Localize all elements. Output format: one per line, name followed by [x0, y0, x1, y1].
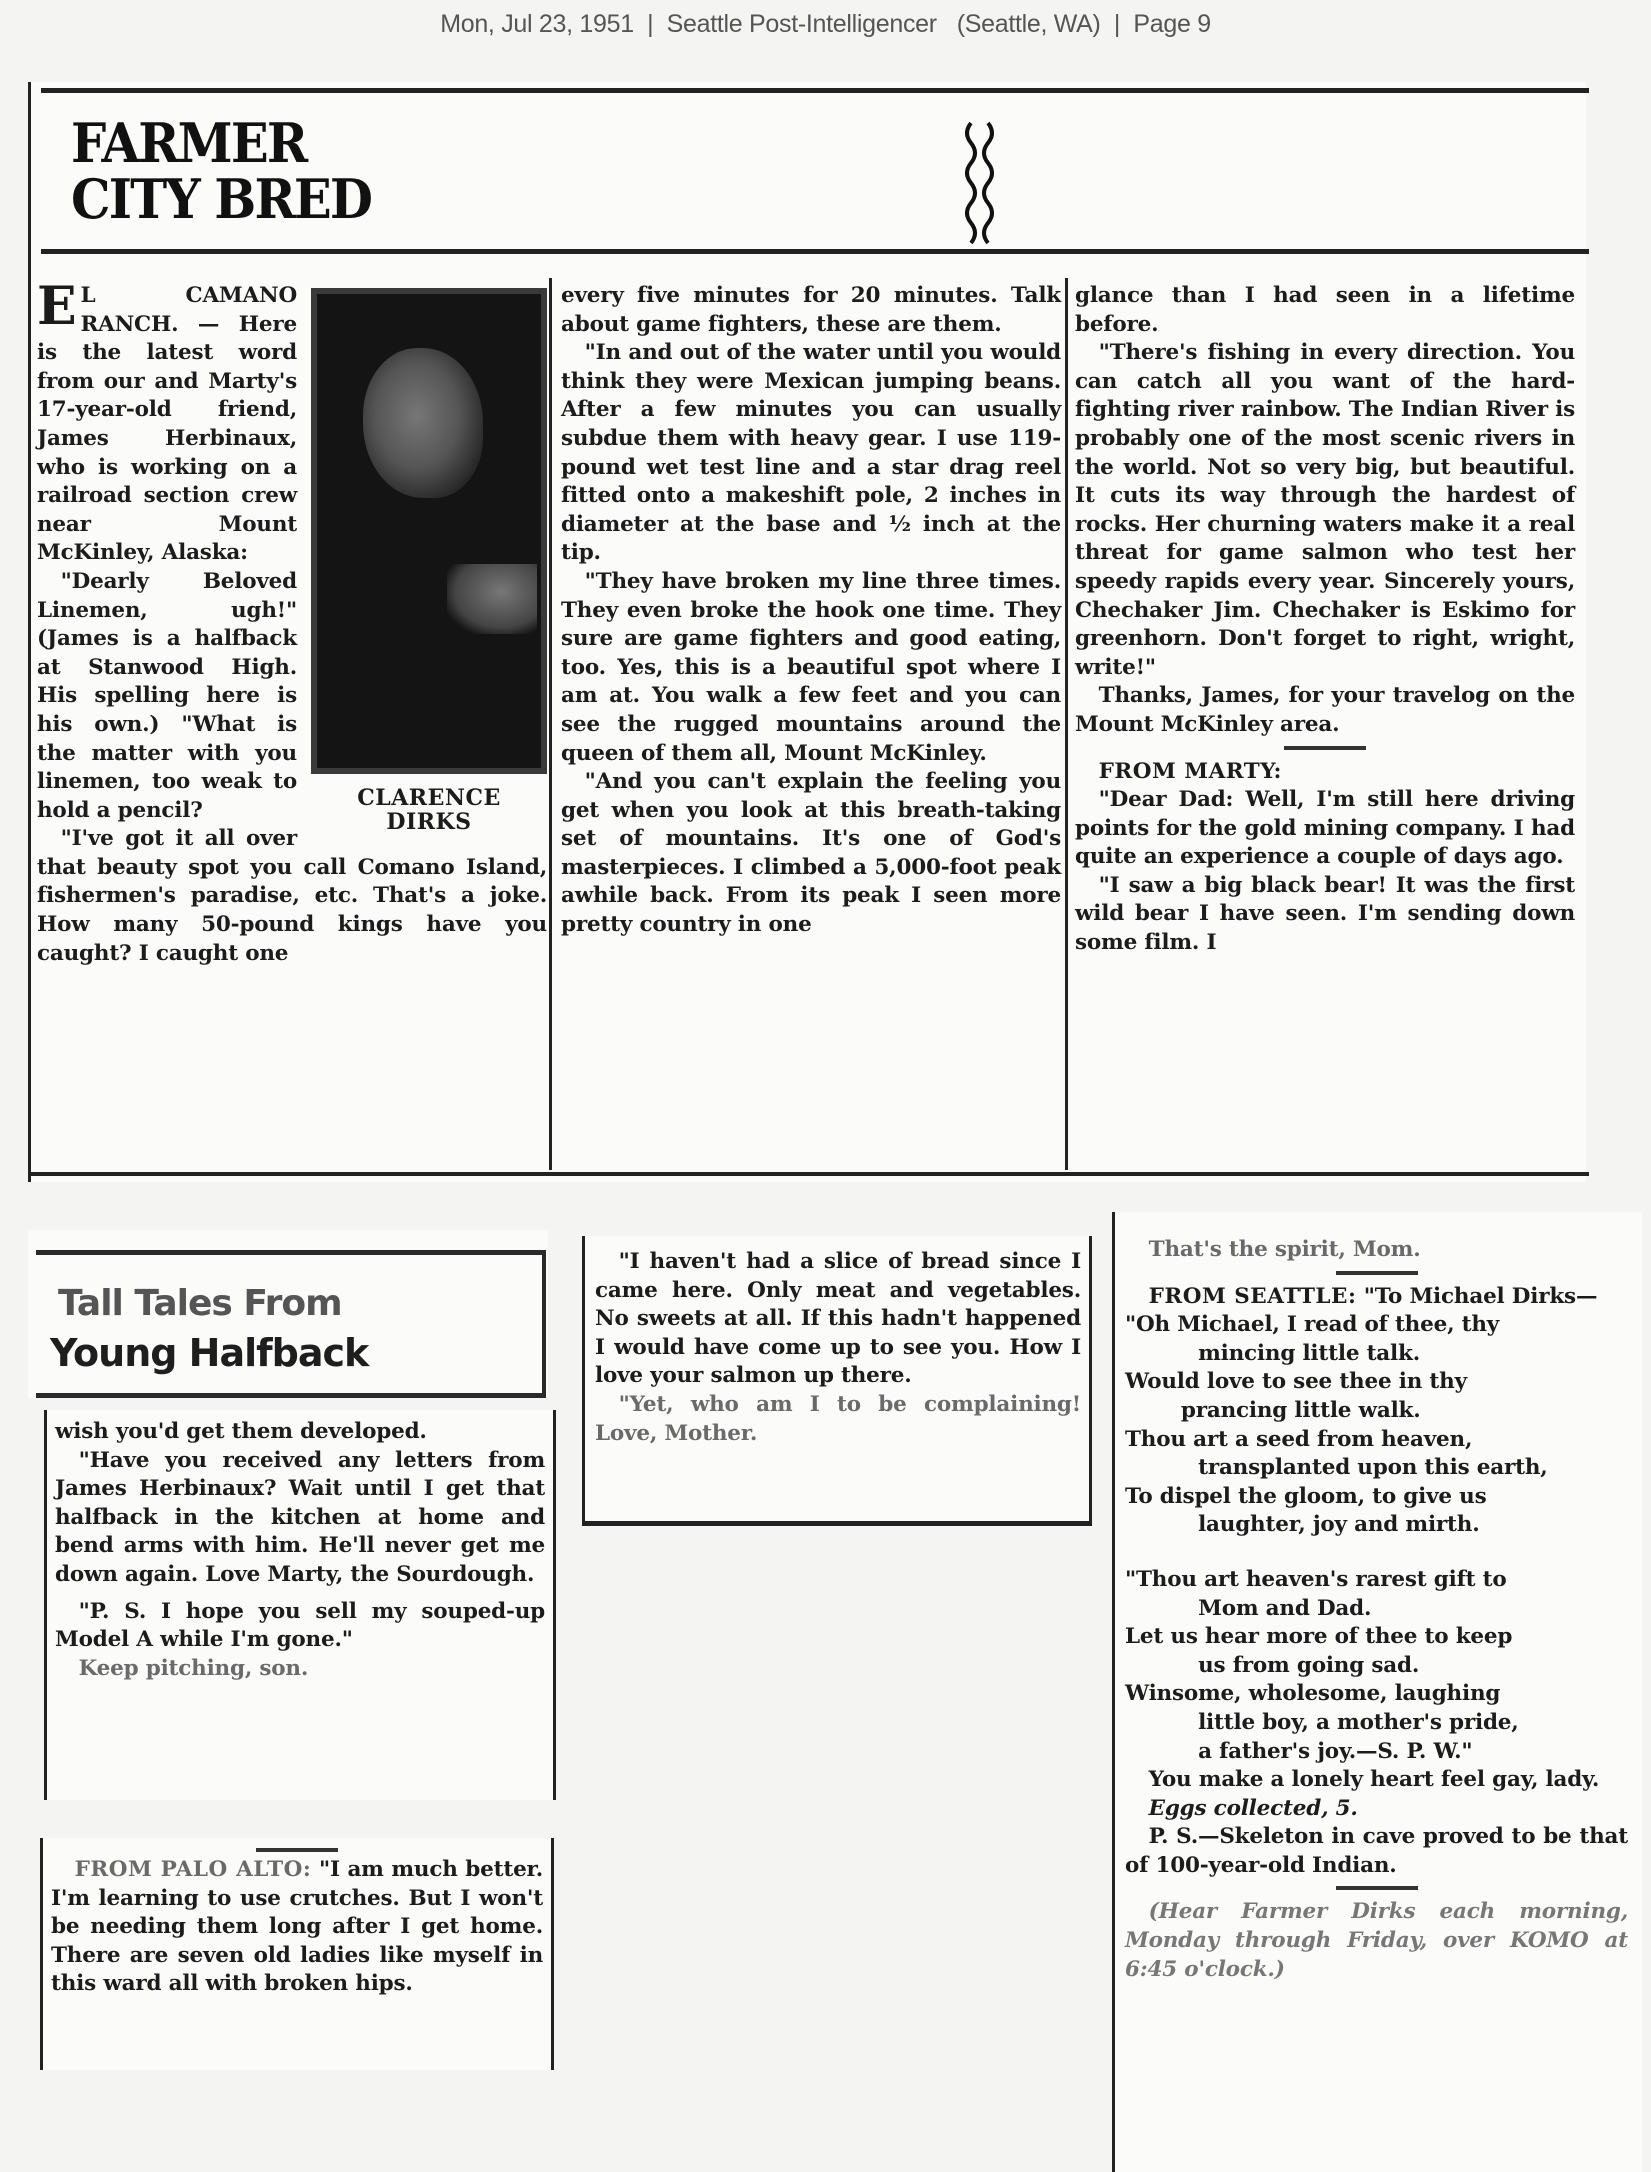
paragraph: glance than I had seen in a lifetime bef… [1075, 282, 1575, 339]
palo-alto-clipping: FROM PALO ALTO: "I am much better. I'm l… [40, 1838, 554, 2070]
portrait-photo [311, 288, 547, 774]
poem-line: "Oh Michael, I read of thee, thy [1125, 1311, 1628, 1340]
paragraph: "I saw a big black bear! It was the firs… [1075, 872, 1575, 958]
separator: | [647, 10, 653, 38]
portrait-photo-block: CLARENCE DIRKS [311, 288, 547, 834]
poem-line: Would love to see thee in thy [1125, 1368, 1628, 1397]
paragraph: "P. S. I hope you sell my souped-up Mode… [55, 1598, 545, 1655]
section-heading-from-palo-alto: FROM PALO ALTO: [75, 1857, 312, 1882]
poem-line-cont: laughter, joy and mirth. [1125, 1511, 1628, 1540]
mother-letter-clipping: "I haven't had a slice of bread since I … [582, 1236, 1092, 1526]
poem-line: To dispel the gloom, to give us [1125, 1483, 1628, 1512]
poem-line: "Thou art heaven's rarest gift to [1125, 1566, 1628, 1595]
article-column-3: glance than I had seen in a lifetime bef… [1075, 282, 1575, 958]
seattle-poem-clipping: That's the spirit, Mom. FROM SEATTLE: "T… [1112, 1212, 1642, 2172]
paragraph: That's the spirit, Mom. [1125, 1236, 1628, 1265]
headline-line2: Young Halfback [50, 1331, 368, 1375]
column-divider [549, 278, 552, 1170]
poem-line-cont: little boy, a mother's pride, [1125, 1709, 1628, 1738]
poem-line-cont: transplanted upon this earth, [1125, 1454, 1628, 1483]
poem-line-cont: mincing little talk. [1125, 1340, 1628, 1369]
citation-location: (Seattle, WA) [957, 10, 1101, 38]
bottom-rule [31, 1172, 1589, 1176]
citation-page: Page 9 [1133, 10, 1210, 38]
paragraph: Thanks, James, for your travelog on the … [1075, 682, 1575, 739]
paragraph: P. S.—Skeleton in cave proved to be that… [1125, 1823, 1628, 1880]
masthead-line1: FARMER [71, 115, 371, 171]
paragraph: "Yet, who am I to be complaining! Love, … [595, 1391, 1081, 1448]
photo-caption: CLARENCE DIRKS [311, 786, 547, 834]
paragraph: every five minutes for 20 minutes. Talk … [561, 282, 1061, 339]
section-heading-from-seattle: FROM SEATTLE: [1149, 1284, 1357, 1309]
paragraph: wish you'd get them developed. [55, 1418, 545, 1447]
paragraph: FROM SEATTLE: "To Michael Dirks— [1125, 1283, 1628, 1312]
section-rule [1284, 746, 1366, 750]
masthead-title: FARMER CITY BRED [71, 115, 371, 227]
halfback-headline-clipping: Tall Tales From Young Halfback [28, 1230, 548, 1398]
paragraph: "In and out of the water until you would… [561, 339, 1061, 568]
poem: "Oh Michael, I read of thee, thy mincing… [1125, 1311, 1628, 1766]
broadcast-note: (Hear Farmer Dirks each morning, Monday … [1125, 1898, 1628, 1984]
paragraph: "I've got it all over that beauty spot y… [37, 825, 547, 968]
section-heading-from-marty: FROM MARTY: [1075, 758, 1575, 787]
poem-line-cont: prancing little walk. [1125, 1397, 1628, 1426]
wavy-lines-icon [956, 119, 1006, 249]
column-masthead: FARMER CITY BRED [41, 88, 1589, 254]
citation-publication: Seattle Post-Intelligencer [667, 10, 937, 38]
paragraph: "Have you received any letters from Jame… [55, 1447, 545, 1590]
column-divider [1065, 278, 1068, 1170]
paragraph: Keep pitching, son. [55, 1655, 545, 1684]
paragraph: You make a lonely heart feel gay, lady. [1125, 1766, 1628, 1795]
masthead-line2: CITY BRED [71, 171, 371, 227]
citation-date: Mon, Jul 23, 1951 [440, 10, 634, 38]
halfback-body-clipping: wish you'd get them developed. "Have you… [44, 1410, 556, 1800]
paragraph: "There's fishing in every direction. You… [1075, 339, 1575, 682]
article-column-1: CLARENCE DIRKS EL CAMANO RANCH. — Here i… [37, 282, 547, 968]
drop-cap: E [37, 282, 76, 332]
citation-header: Mon, Jul 23, 1951 | Seattle Post-Intelli… [0, 10, 1651, 39]
paragraph: "They have broken my line three times. T… [561, 568, 1061, 768]
eggs-count: Eggs collected, 5. [1125, 1795, 1628, 1824]
paragraph: FROM PALO ALTO: "I am much better. I'm l… [51, 1856, 543, 1999]
paragraph: "I haven't had a slice of bread since I … [595, 1248, 1081, 1391]
headline-line1: Tall Tales From [58, 1283, 342, 1324]
headline-box: Tall Tales From Young Halfback [36, 1250, 546, 1398]
poem-signature: a father's joy.—S. P. W." [1125, 1738, 1628, 1767]
poem-line-cont: us from going sad. [1125, 1652, 1628, 1681]
poem-line: Let us hear more of thee to keep [1125, 1623, 1628, 1652]
section-rule [256, 1848, 338, 1852]
poem-line: Thou art a seed from heaven, [1125, 1426, 1628, 1455]
section-rule [1336, 1271, 1418, 1275]
separator: | [1114, 10, 1120, 38]
paragraph: "And you can't explain the feeling you g… [561, 768, 1061, 940]
section-rule [1336, 1886, 1418, 1890]
article-column-2: every five minutes for 20 minutes. Talk … [561, 282, 1061, 940]
paragraph: "Dear Dad: Well, I'm still here driving … [1075, 786, 1575, 872]
poem-line: Winsome, wholesome, laughing [1125, 1680, 1628, 1709]
poem-line-cont: Mom and Dad. [1125, 1595, 1628, 1624]
main-article-clipping: FARMER CITY BRED CLARENCE DIRKS EL CAMAN… [28, 82, 1586, 1182]
